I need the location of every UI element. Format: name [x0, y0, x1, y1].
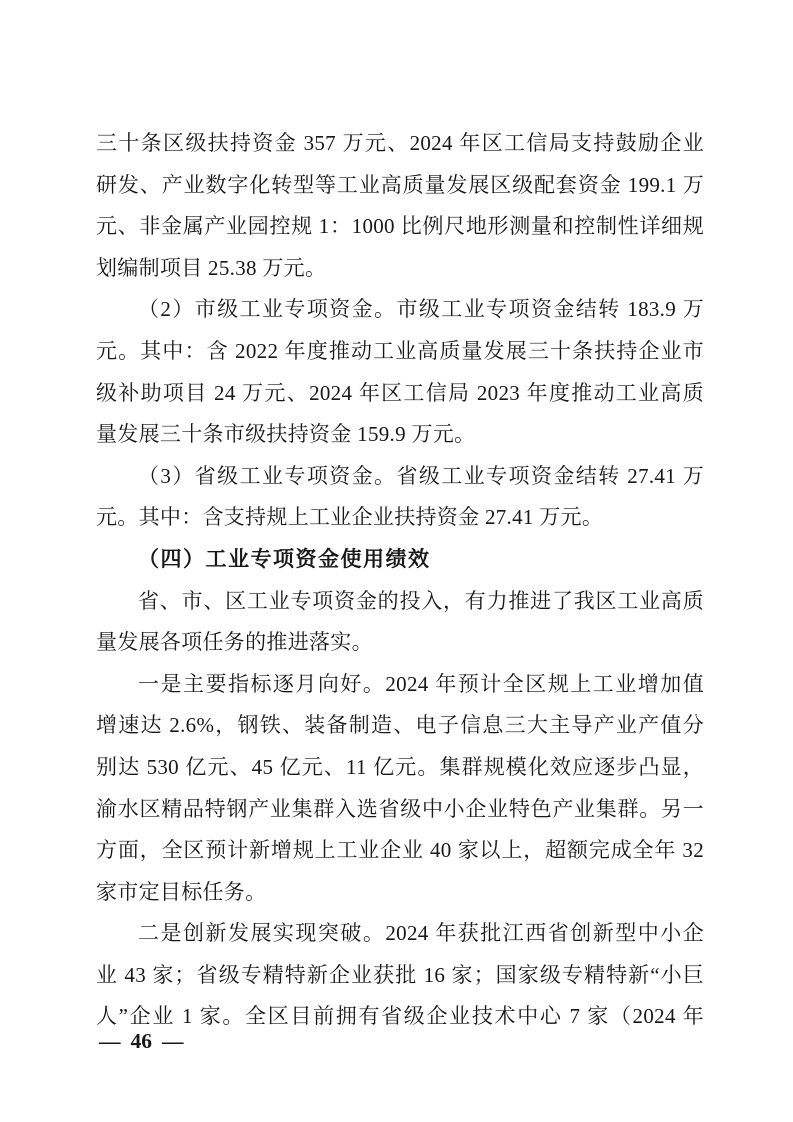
document-body: 三十条区级扶持资金 357 万元、2024 年区工信局支持鼓励企业研发、产业数字…	[96, 123, 704, 1038]
text-line: 方面，全区预计新增规上工业企业 40 家以上，超额完成全年 32	[96, 830, 704, 872]
text-line: 三十条区级扶持资金 357 万元、2024 年区工信局支持鼓励企业	[96, 123, 704, 165]
text-line: 业 43 家；省级专精特新企业获批 16 家；国家级专精特新“小巨	[96, 955, 704, 997]
text-line: 一是主要指标逐月向好。2024 年预计全区规上工业增加值	[96, 664, 704, 706]
footer-right-dash: —	[162, 1029, 184, 1053]
text-line: （2）市级工业专项资金。市级工业专项资金结转 183.9 万	[96, 289, 704, 331]
para-district-funds-continued: 三十条区级扶持资金 357 万元、2024 年区工信局支持鼓励企业研发、产业数字…	[96, 123, 704, 289]
para-main-indicators: 一是主要指标逐月向好。2024 年预计全区规上工业增加值增速达 2.6%，钢铁、…	[96, 664, 704, 914]
text-line: 研发、产业数字化转型等工业高质量发展区级配套资金 199.1 万	[96, 165, 704, 207]
text-line: 家市定目标任务。	[96, 872, 704, 914]
text-line: 划编制项目 25.38 万元。	[96, 248, 704, 290]
para-innovation-breakthrough: 二是创新发展实现突破。2024 年获批江西省创新型中小企业 43 家；省级专精特…	[96, 913, 704, 1038]
document-page: 三十条区级扶持资金 357 万元、2024 年区工信局支持鼓励企业研发、产业数字…	[0, 0, 793, 1122]
para-province-level-funds: （3）省级工业专项资金。省级工业专项资金结转 27.41 万元。其中：含支持规上…	[96, 456, 704, 539]
text-line: 渝水区精品特钢产业集群入选省级中小企业特色产业集群。另一	[96, 789, 704, 831]
text-line: 人”企业 1 家。全区目前拥有省级企业技术中心 7 家（2024 年	[96, 996, 704, 1038]
text-line: 元。其中：含支持规上工业企业扶持资金 27.41 万元。	[96, 497, 704, 539]
text-line: 别达 530 亿元、45 亿元、11 亿元。集群规模化效应逐步凸显，	[96, 747, 704, 789]
text-line: 增速达 2.6%，钢铁、装备制造、电子信息三大主导产业产值分	[96, 705, 704, 747]
para-city-level-funds: （2）市级工业专项资金。市级工业专项资金结转 183.9 万元。其中：含 202…	[96, 289, 704, 455]
text-line: 量发展各项任务的推进落实。	[96, 622, 704, 664]
text-line: 元。其中：含 2022 年度推动工业高质量发展三十条扶持企业市	[96, 331, 704, 373]
para-fund-impact: 省、市、区工业专项资金的投入，有力推进了我区工业高质量发展各项任务的推进落实。	[96, 581, 704, 664]
text-line: 二是创新发展实现突破。2024 年获批江西省创新型中小企	[96, 913, 704, 955]
text-line: 级补助项目 24 万元、2024 年区工信局 2023 年度推动工业高质	[96, 373, 704, 415]
text-line: （3）省级工业专项资金。省级工业专项资金结转 27.41 万	[96, 456, 704, 498]
page-number: 46	[131, 1029, 153, 1053]
text-line: 量发展三十条市级扶持资金 159.9 万元。	[96, 414, 704, 456]
footer-left-dash: —	[99, 1029, 121, 1053]
heading-fund-usage-performance: （四）工业专项资金使用绩效	[96, 539, 704, 581]
text-line: 元、非金属产业园控规 1：1000 比例尺地形测量和控制性详细规	[96, 206, 704, 248]
text-line: 省、市、区工业专项资金的投入，有力推进了我区工业高质	[96, 581, 704, 623]
page-footer: —46—	[99, 1020, 184, 1062]
text-line: （四）工业专项资金使用绩效	[96, 539, 704, 581]
